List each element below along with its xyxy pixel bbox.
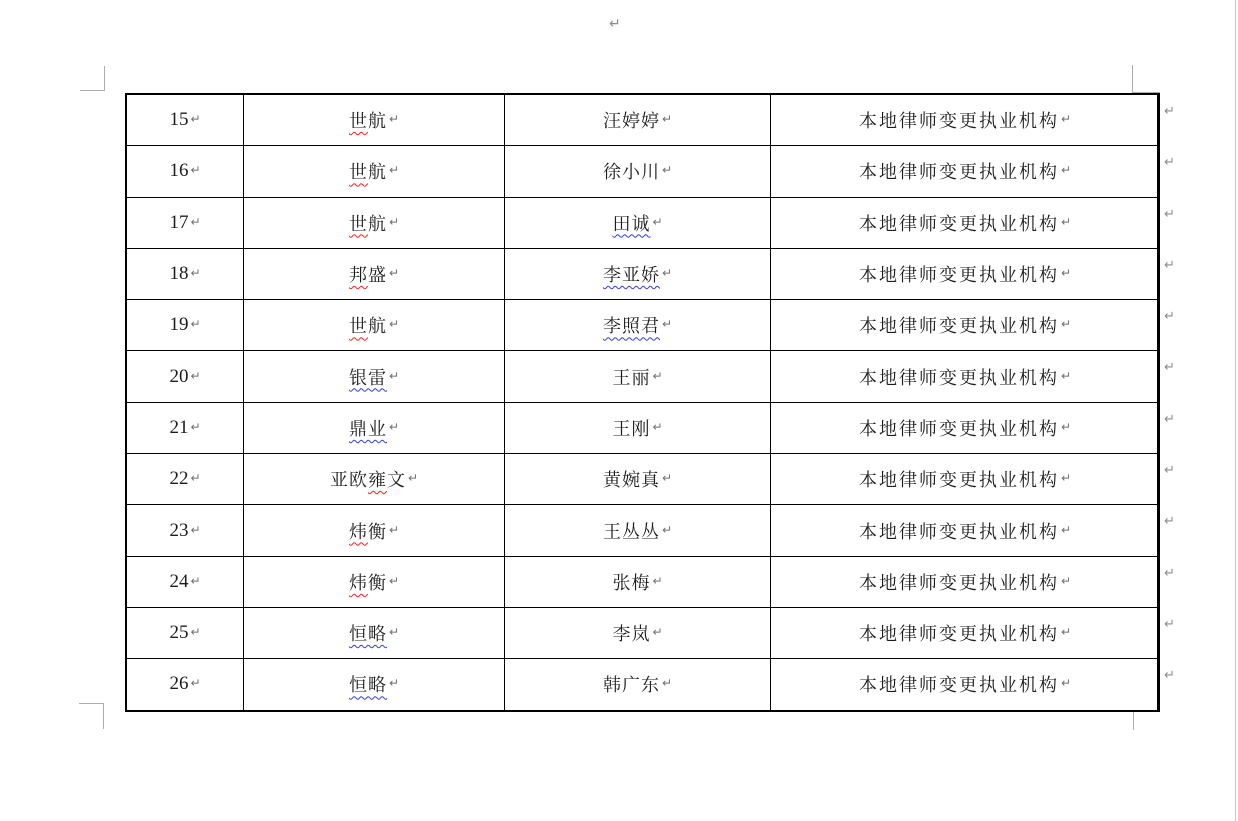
firm-name-rest: 航 <box>368 312 387 338</box>
cell-firm-name[interactable]: 世航↵ <box>244 198 505 248</box>
lawyer-change-table: 15↵ 世航↵ 汪婷婷↵ 本地律师变更执业机构↵ ↵ 16↵ 世航↵ 徐小川↵ … <box>125 93 1160 712</box>
cell-change-type[interactable]: 本地律师变更执业机构↵ <box>771 95 1158 145</box>
cell-firm-name[interactable]: 亚欧雍文↵ <box>244 454 505 504</box>
row-end-mark-icon: ↵ <box>1164 463 1175 478</box>
firm-name-flagged: 银雷 <box>349 364 387 390</box>
cell-firm-name[interactable]: 邦盛↵ <box>244 249 505 299</box>
cell-end-mark-icon: ↵ <box>389 369 399 383</box>
cell-row-number[interactable]: 26↵ <box>127 659 244 709</box>
cell-end-mark-icon: ↵ <box>190 574 200 588</box>
text-boundary-corner-bottom-left <box>79 703 104 729</box>
page-edge-divider <box>1235 0 1236 821</box>
table-row: 15↵ 世航↵ 汪婷婷↵ 本地律师变更执业机构↵ ↵ <box>127 95 1158 145</box>
lawyer-name-flagged: 李亚娇 <box>603 261 660 287</box>
cell-change-type[interactable]: 本地律师变更执业机构↵ <box>771 505 1158 555</box>
cell-end-mark-icon: ↵ <box>190 471 200 485</box>
cell-end-mark-icon: ↵ <box>662 676 672 690</box>
table-row: 25↵ 恒略↵ 李岚↵ 本地律师变更执业机构↵ ↵ <box>127 607 1158 658</box>
cell-row-number[interactable]: 22↵ <box>127 454 244 504</box>
cell-end-mark-icon: ↵ <box>662 471 672 485</box>
change-type-text: 本地律师变更执业机构 <box>859 364 1059 390</box>
cell-lawyer-name[interactable]: 王丛丛↵ <box>505 505 771 555</box>
cell-row-number[interactable]: 18↵ <box>127 249 244 299</box>
lawyer-name-rest: 李岚 <box>612 620 650 646</box>
table-row: 17↵ 世航↵ 田诚↵ 本地律师变更执业机构↵ ↵ <box>127 197 1158 248</box>
row-end-mark-icon: ↵ <box>1164 309 1175 324</box>
firm-name-flagged: 世 <box>349 210 368 236</box>
cell-end-mark-icon: ↵ <box>190 215 200 229</box>
table-row: 22↵ 亚欧雍文↵ 黄婉真↵ 本地律师变更执业机构↵ ↵ <box>127 453 1158 504</box>
cell-end-mark-icon: ↵ <box>662 266 672 280</box>
cell-end-mark-icon: ↵ <box>652 574 662 588</box>
change-type-text: 本地律师变更执业机构 <box>859 107 1059 133</box>
cell-end-mark-icon: ↵ <box>389 163 399 177</box>
cell-firm-name[interactable]: 恒略↵ <box>244 608 505 658</box>
table-row: 20↵ 银雷↵ 王丽↵ 本地律师变更执业机构↵ ↵ <box>127 350 1158 401</box>
change-type-text: 本地律师变更执业机构 <box>859 671 1059 697</box>
cell-end-mark-icon: ↵ <box>1061 215 1071 229</box>
cell-row-number[interactable]: 19↵ <box>127 300 244 350</box>
cell-lawyer-name[interactable]: 李亚娇↵ <box>505 249 771 299</box>
firm-name-flagged: 炜 <box>349 518 368 544</box>
change-type-text: 本地律师变更执业机构 <box>859 518 1059 544</box>
firm-name-rest: 航 <box>368 210 387 236</box>
cell-firm-name[interactable]: 炜衡↵ <box>244 557 505 607</box>
cell-end-mark-icon: ↵ <box>389 676 399 690</box>
row-number: 18 <box>169 263 188 285</box>
cell-end-mark-icon: ↵ <box>389 523 399 537</box>
row-number: 17 <box>169 212 188 234</box>
firm-name-flagged: 世 <box>349 107 368 133</box>
cell-lawyer-name[interactable]: 汪婷婷↵ <box>505 95 771 145</box>
cell-change-type[interactable]: 本地律师变更执业机构↵ <box>771 300 1158 350</box>
firm-name-flagged: 雍 <box>368 466 387 492</box>
firm-name-flagged: 恒略 <box>349 620 387 646</box>
cell-change-type[interactable]: 本地律师变更执业机构↵ <box>771 454 1158 504</box>
change-type-text: 本地律师变更执业机构 <box>859 261 1059 287</box>
row-end-mark-icon: ↵ <box>1164 514 1175 529</box>
firm-name-rest: 衡 <box>368 569 387 595</box>
table-row: 26↵ 恒略↵ 韩广东↵ 本地律师变更执业机构↵ ↵ <box>127 658 1158 709</box>
row-end-mark-icon: ↵ <box>1164 104 1175 119</box>
cell-end-mark-icon: ↵ <box>1061 574 1071 588</box>
lawyer-name-rest: 黄婉真 <box>603 466 660 492</box>
cell-end-mark-icon: ↵ <box>389 266 399 280</box>
cell-end-mark-icon: ↵ <box>190 625 200 639</box>
cell-change-type[interactable]: 本地律师变更执业机构↵ <box>771 198 1158 248</box>
cell-firm-name[interactable]: 银雷↵ <box>244 351 505 401</box>
cell-end-mark-icon: ↵ <box>389 317 399 331</box>
firm-name-flagged: 鼎业 <box>349 415 387 441</box>
row-number: 20 <box>169 366 188 388</box>
cell-end-mark-icon: ↵ <box>190 420 200 434</box>
table-row: 21↵ 鼎业↵ 王刚↵ 本地律师变更执业机构↵ ↵ <box>127 402 1158 453</box>
row-end-mark-icon: ↵ <box>1164 360 1175 375</box>
lawyer-name-rest: 王丽 <box>612 364 650 390</box>
firm-name-rest: 盛 <box>368 261 387 287</box>
cell-end-mark-icon: ↵ <box>1061 471 1071 485</box>
cell-change-type[interactable]: 本地律师变更执业机构↵ <box>771 659 1158 709</box>
table-row: 18↵ 邦盛↵ 李亚娇↵ 本地律师变更执业机构↵ ↵ <box>127 248 1158 299</box>
cell-end-mark-icon: ↵ <box>662 163 672 177</box>
cell-change-type[interactable]: 本地律师变更执业机构↵ <box>771 146 1158 196</box>
cell-end-mark-icon: ↵ <box>662 523 672 537</box>
cell-end-mark-icon: ↵ <box>389 112 399 126</box>
cell-change-type[interactable]: 本地律师变更执业机构↵ <box>771 351 1158 401</box>
cell-end-mark-icon: ↵ <box>1061 266 1071 280</box>
cell-row-number[interactable]: 23↵ <box>127 505 244 555</box>
cell-end-mark-icon: ↵ <box>190 369 200 383</box>
firm-name-flagged: 世 <box>349 312 368 338</box>
table-row: 16↵ 世航↵ 徐小川↵ 本地律师变更执业机构↵ ↵ <box>127 145 1158 196</box>
cell-lawyer-name[interactable]: 徐小川↵ <box>505 146 771 196</box>
firm-name-flagged: 邦 <box>349 261 368 287</box>
lawyer-name-rest: 韩广东 <box>603 671 660 697</box>
row-number: 21 <box>169 417 188 439</box>
cell-end-mark-icon: ↵ <box>662 317 672 331</box>
cell-end-mark-icon: ↵ <box>1061 317 1071 331</box>
cell-lawyer-name[interactable]: 李岚↵ <box>505 608 771 658</box>
cell-end-mark-icon: ↵ <box>1061 420 1071 434</box>
lawyer-name-rest: 汪婷婷 <box>603 107 660 133</box>
cell-firm-name[interactable]: 世航↵ <box>244 300 505 350</box>
cell-end-mark-icon: ↵ <box>662 112 672 126</box>
cell-firm-name[interactable]: 世航↵ <box>244 95 505 145</box>
cell-row-number[interactable]: 24↵ <box>127 557 244 607</box>
cell-end-mark-icon: ↵ <box>190 163 200 177</box>
change-type-text: 本地律师变更执业机构 <box>859 312 1059 338</box>
cell-change-type[interactable]: 本地律师变更执业机构↵ <box>771 557 1158 607</box>
row-number: 26 <box>169 673 188 695</box>
cell-lawyer-name[interactable]: 王刚↵ <box>505 403 771 453</box>
row-number: 25 <box>169 622 188 644</box>
change-type-text: 本地律师变更执业机构 <box>859 466 1059 492</box>
lawyer-name-flagged: 李照君 <box>603 312 660 338</box>
row-end-mark-icon: ↵ <box>1164 617 1175 632</box>
firm-name-rest: 航 <box>368 107 387 133</box>
cell-end-mark-icon: ↵ <box>1061 112 1071 126</box>
table-row: 24↵ 炜衡↵ 张梅↵ 本地律师变更执业机构↵ ↵ <box>127 556 1158 607</box>
cell-end-mark-icon: ↵ <box>1061 163 1071 177</box>
row-number: 23 <box>169 520 188 542</box>
change-type-text: 本地律师变更执业机构 <box>859 158 1059 184</box>
cell-lawyer-name[interactable]: 田诚↵ <box>505 198 771 248</box>
document-page: ↵ 15↵ 世航↵ 汪婷婷↵ 本地律师变更执业机构↵ ↵ 16↵ 世航↵ 徐小川… <box>0 0 1238 821</box>
change-type-text: 本地律师变更执业机构 <box>859 620 1059 646</box>
cell-end-mark-icon: ↵ <box>652 215 662 229</box>
cell-end-mark-icon: ↵ <box>190 676 200 690</box>
lawyer-name-rest: 王刚 <box>612 415 650 441</box>
cell-end-mark-icon: ↵ <box>652 625 662 639</box>
row-end-mark-icon: ↵ <box>1164 155 1175 170</box>
firm-name-prefix: 亚欧 <box>330 466 368 492</box>
firm-name-rest: 文 <box>387 466 406 492</box>
cell-change-type[interactable]: 本地律师变更执业机构↵ <box>771 403 1158 453</box>
cell-firm-name[interactable]: 鼎业↵ <box>244 403 505 453</box>
cell-end-mark-icon: ↵ <box>190 317 200 331</box>
cell-lawyer-name[interactable]: 张梅↵ <box>505 557 771 607</box>
cell-lawyer-name[interactable]: 李照君↵ <box>505 300 771 350</box>
cell-end-mark-icon: ↵ <box>1061 369 1071 383</box>
cell-end-mark-icon: ↵ <box>408 471 418 485</box>
cell-change-type[interactable]: 本地律师变更执业机构↵ <box>771 249 1158 299</box>
row-number: 15 <box>169 109 188 131</box>
change-type-text: 本地律师变更执业机构 <box>859 210 1059 236</box>
lawyer-name-rest: 王丛丛 <box>603 518 660 544</box>
lawyer-name-rest: 徐小川 <box>603 158 660 184</box>
cell-firm-name[interactable]: 炜衡↵ <box>244 505 505 555</box>
cell-end-mark-icon: ↵ <box>389 625 399 639</box>
cell-row-number[interactable]: 17↵ <box>127 198 244 248</box>
lawyer-name-flagged: 田诚 <box>612 210 650 236</box>
row-end-mark-icon: ↵ <box>1164 668 1175 683</box>
cell-end-mark-icon: ↵ <box>190 112 200 126</box>
cell-row-number[interactable]: 21↵ <box>127 403 244 453</box>
paragraph-mark-icon: ↵ <box>609 16 621 32</box>
cell-end-mark-icon: ↵ <box>190 266 200 280</box>
cell-row-number[interactable]: 20↵ <box>127 351 244 401</box>
change-type-text: 本地律师变更执业机构 <box>859 415 1059 441</box>
row-number: 24 <box>169 571 188 593</box>
row-end-mark-icon: ↵ <box>1164 207 1175 222</box>
cell-change-type[interactable]: 本地律师变更执业机构↵ <box>771 608 1158 658</box>
text-boundary-corner-top-right <box>1132 65 1160 93</box>
cell-end-mark-icon: ↵ <box>1061 676 1071 690</box>
firm-name-rest: 航 <box>368 158 387 184</box>
cell-end-mark-icon: ↵ <box>389 215 399 229</box>
cell-lawyer-name[interactable]: 黄婉真↵ <box>505 454 771 504</box>
cell-row-number[interactable]: 16↵ <box>127 146 244 196</box>
row-end-mark-icon: ↵ <box>1164 566 1175 581</box>
cell-row-number[interactable]: 15↵ <box>127 95 244 145</box>
change-type-text: 本地律师变更执业机构 <box>859 569 1059 595</box>
firm-name-flagged: 世 <box>349 158 368 184</box>
table-row: 23↵ 炜衡↵ 王丛丛↵ 本地律师变更执业机构↵ ↵ <box>127 504 1158 555</box>
cell-lawyer-name[interactable]: 韩广东↵ <box>505 659 771 709</box>
firm-name-flagged: 恒略 <box>349 671 387 697</box>
text-boundary-corner-top-left <box>80 66 105 91</box>
firm-name-flagged: 炜 <box>349 569 368 595</box>
row-end-mark-icon: ↵ <box>1164 412 1175 427</box>
row-number: 22 <box>169 468 188 490</box>
row-number: 19 <box>169 314 188 336</box>
firm-name-rest: 衡 <box>368 518 387 544</box>
cell-end-mark-icon: ↵ <box>389 420 399 434</box>
cell-end-mark-icon: ↵ <box>1061 625 1071 639</box>
table-row: 19↵ 世航↵ 李照君↵ 本地律师变更执业机构↵ ↵ <box>127 299 1158 350</box>
cell-lawyer-name[interactable]: 王丽↵ <box>505 351 771 401</box>
row-number: 16 <box>169 160 188 182</box>
cell-firm-name[interactable]: 恒略↵ <box>244 659 505 709</box>
cell-row-number[interactable]: 25↵ <box>127 608 244 658</box>
cell-firm-name[interactable]: 世航↵ <box>244 146 505 196</box>
cell-end-mark-icon: ↵ <box>190 523 200 537</box>
lawyer-name-rest: 张梅 <box>612 569 650 595</box>
cell-end-mark-icon: ↵ <box>389 574 399 588</box>
cell-end-mark-icon: ↵ <box>652 420 662 434</box>
cell-end-mark-icon: ↵ <box>652 369 662 383</box>
cell-end-mark-icon: ↵ <box>1061 523 1071 537</box>
row-end-mark-icon: ↵ <box>1164 258 1175 273</box>
